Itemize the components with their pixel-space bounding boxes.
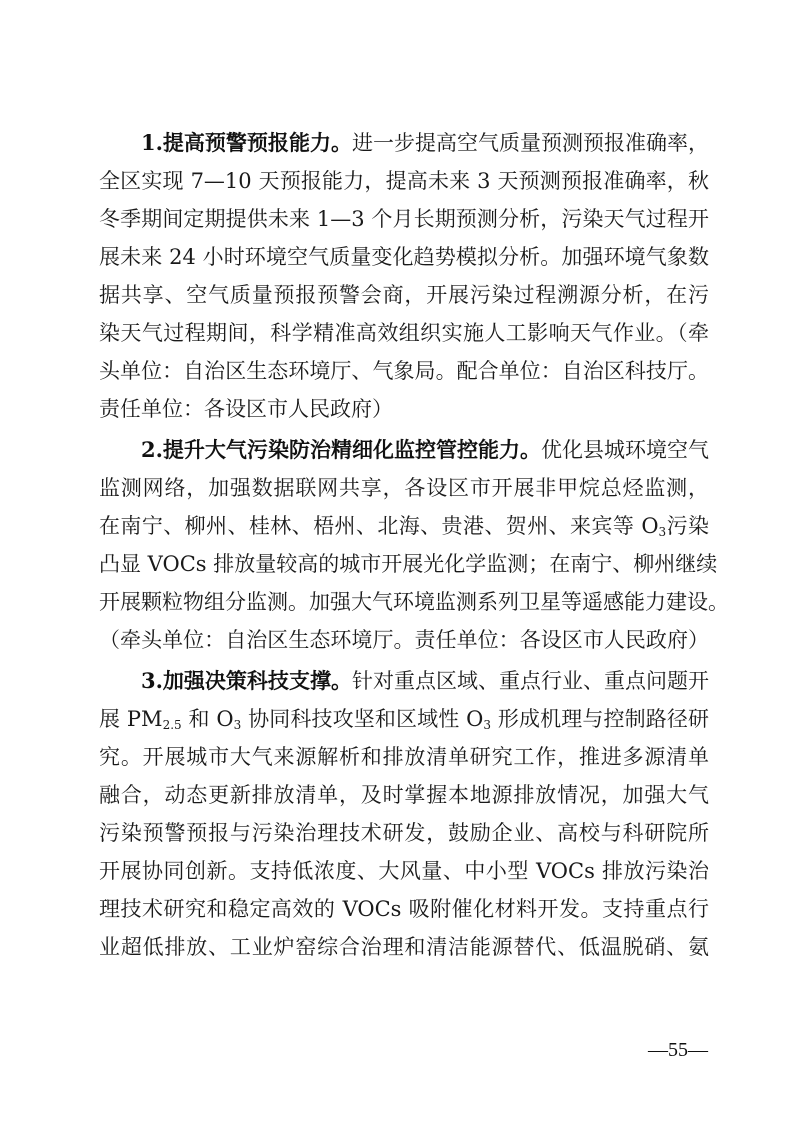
paragraph-3-line-4: 融合，动态更新排放清单，及时掌握本地源排放情况，加强大气 [99, 776, 709, 814]
paragraph-2-line-6: （牵头单位：自治区生态环境厅。责任单位：各设区市人民政府） [99, 621, 709, 659]
document-page: 1.提高预警预报能力。进一步提高空气质量预测预报准确率， 全区实现 7—10 天… [0, 0, 800, 1131]
paragraph-3-line-2: 展 PM2.5 和 O3 协同科技攻坚和区域性 O3 形成机理与控制路径研 [99, 700, 709, 738]
paragraph-1-line-5: 据共享、空气质量预报预警会商，开展污染过程溯源分析，在污 [99, 276, 709, 314]
paragraph-1-line-6: 染天气过程期间，科学精准高效组织实施人工影响天气作业。（牵 [99, 314, 709, 352]
paragraph-3-line-7: 理技术研究和稳定高效的 VOCs 吸附催化材料开发。支持重点行 [99, 890, 709, 928]
section-1-heading: 1.提高预警预报能力。 [141, 130, 352, 155]
paragraph-3-line-6: 开展协同创新。支持低浓度、大风量、中小型 VOCs 排放污染治 [99, 852, 709, 890]
paragraph-2-line-2: 监测网络，加强数据联网共享，各设区市开展非甲烷总烃监测， [99, 469, 709, 507]
paragraph-1-line-1: 1.提高预警预报能力。进一步提高空气质量预测预报准确率， [141, 124, 709, 162]
paragraph-2-line-4: 凸显 VOCs 排放量较高的城市开展光化学监测；在南宁、柳州继续 [99, 545, 709, 583]
page-number: —55— [648, 1036, 708, 1064]
paragraph-2-line-3: 在南宁、柳州、桂林、梧州、北海、贵港、贺州、来宾等 O3污染 [99, 507, 709, 545]
paragraph-1-line-7: 头单位：自治区生态环境厅、气象局。配合单位：自治区科技厅。 [99, 352, 709, 390]
section-2-heading: 2.提升大气污染防治精细化监控管控能力。 [141, 437, 541, 462]
paragraph-1-line-2: 全区实现 7—10 天预报能力，提高未来 3 天预测预报准确率，秋 [99, 162, 709, 200]
paragraph-1-line-3: 冬季期间定期提供未来 1—3 个月长期预测分析，污染天气过程开 [99, 200, 709, 238]
paragraph-1-line-4: 展未来 24 小时环境空气质量变化趋势模拟分析。加强环境气象数 [99, 238, 709, 276]
section-3-heading: 3.加强决策科技支撑。 [141, 668, 352, 693]
paragraph-1-line-8: 责任单位：各设区市人民政府） [99, 390, 709, 428]
paragraph-3-line-1: 3.加强决策科技支撑。针对重点区域、重点行业、重点问题开 [141, 662, 709, 700]
paragraph-2-line-1: 2.提升大气污染防治精细化监控管控能力。优化县城环境空气 [141, 431, 709, 469]
paragraph-2-line-5: 开展颗粒物组分监测。加强大气环境监测系列卫星等遥感能力建设。 [99, 583, 709, 621]
paragraph-3-line-5: 污染预警预报与污染治理技术研发，鼓励企业、高校与科研院所 [99, 814, 709, 852]
paragraph-3-line-8: 业超低排放、工业炉窑综合治理和清洁能源替代、低温脱硝、氨 [99, 928, 709, 966]
paragraph-3-line-3: 究。开展城市大气来源解析和排放清单研究工作，推进多源清单 [99, 738, 709, 776]
